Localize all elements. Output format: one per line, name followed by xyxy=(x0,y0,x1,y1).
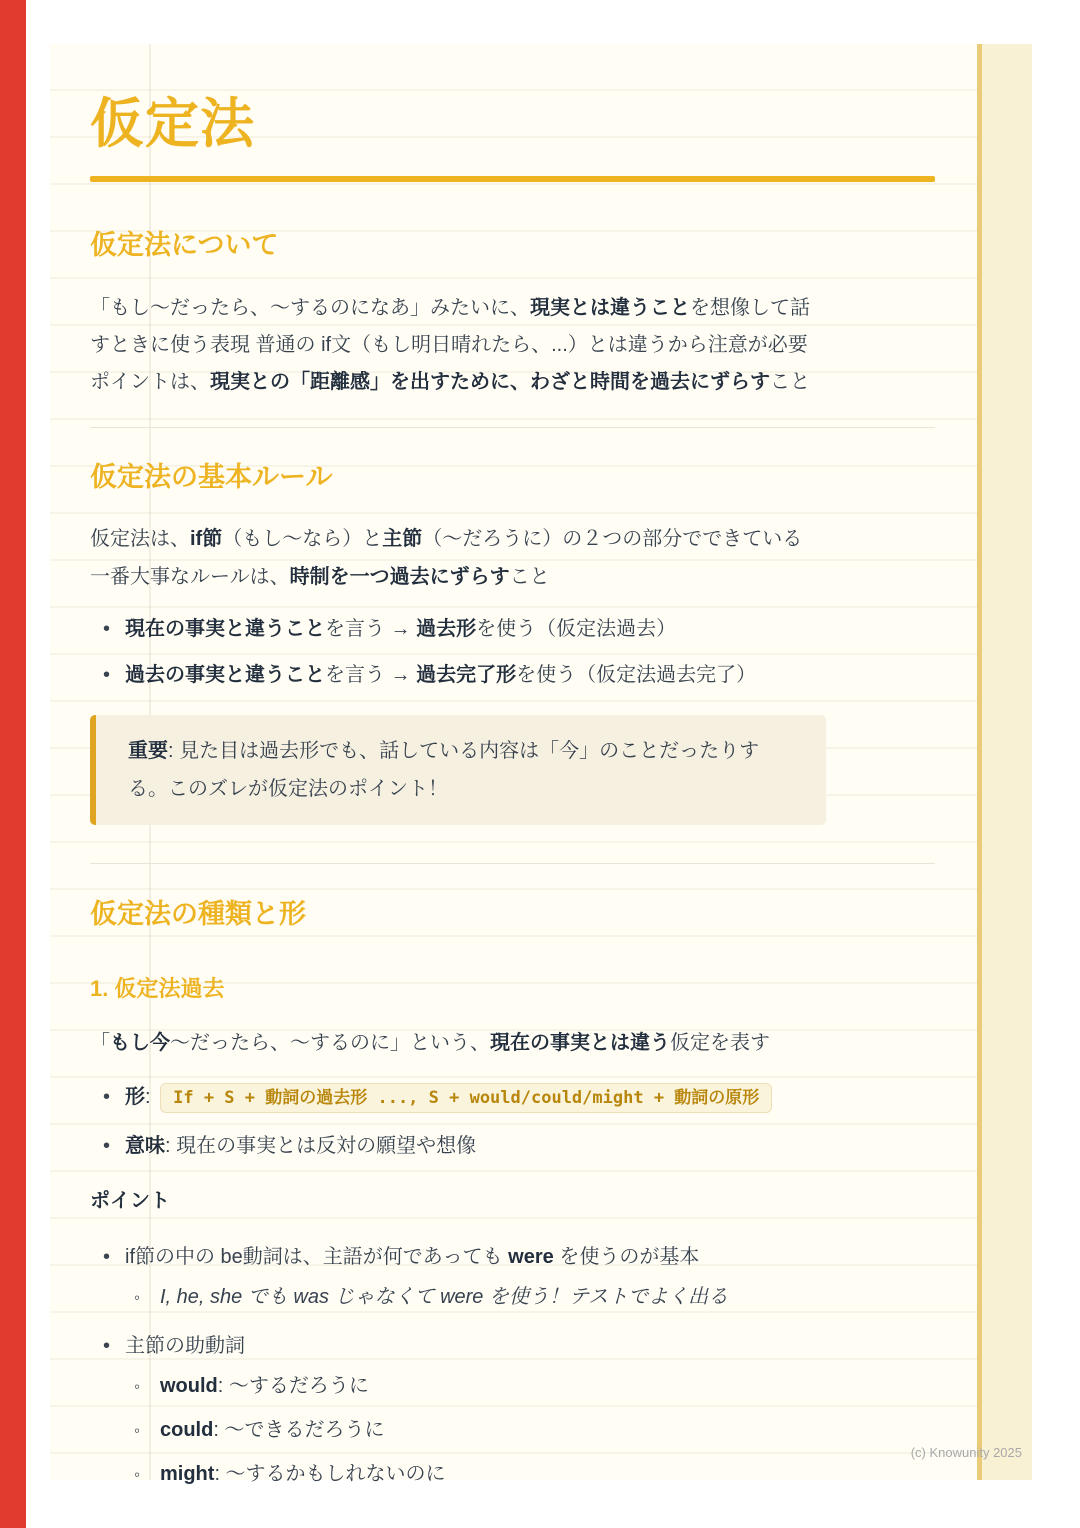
title-underline xyxy=(90,176,935,182)
bullet-dot-icon: • xyxy=(103,614,125,645)
important-callout: 重要: 見た目は過去形でも、話している内容は「今」のことだったりする。このズレが… xyxy=(90,715,826,825)
red-spine-bar xyxy=(0,0,26,1528)
basic-rules-list: • 現在の事実と違うことを言う → 過去形を使う（仮定法過去） • 過去の事実と… xyxy=(90,614,935,691)
section-divider xyxy=(90,863,935,864)
copyright-footer: (c) Knowunity 2025 xyxy=(911,1445,1022,1460)
list-item-text: 主節の助動詞 xyxy=(125,1331,935,1362)
note-page-canvas: 仮定法 仮定法について 「もし〜だったら、〜するのになあ」みたいに、現実とは違う… xyxy=(0,0,1080,1528)
list-item-text: if節の中の be動詞は、主語が何であっても were を使うのが基本 xyxy=(125,1242,935,1273)
points-list: • if節の中の be動詞は、主語が何であっても were を使うのが基本 ◦ … xyxy=(90,1242,935,1490)
page-title: 仮定法 xyxy=(90,92,935,156)
bullet-circle-icon: ◦ xyxy=(134,1459,160,1490)
sub-list-item: ◦ might: 〜するかもしれないのに xyxy=(90,1459,935,1490)
list-item: • 現在の事実と違うことを言う → 過去形を使う（仮定法過去） xyxy=(90,614,935,645)
notebook-right-rule-line xyxy=(977,44,982,1480)
past-intro-paragraph: 「もし今〜だったら、〜するのに」という、現在の事実とは違う仮定を表す xyxy=(90,1028,935,1059)
list-item: • 形: If + S + 動詞の過去形 ..., S + would/coul… xyxy=(90,1082,935,1114)
list-item-text: 現在の事実と違うことを言う → 過去形を使う（仮定法過去） xyxy=(125,614,935,645)
sub-list: ◦ would: 〜するだろうに ◦ could: 〜できるだろうに xyxy=(90,1371,935,1490)
about-paragraph: 「もし〜だったら、〜するのになあ」みたいに、現実とは違うことを想像して話すときに… xyxy=(90,290,935,401)
sub-list-item-text: would: 〜するだろうに xyxy=(160,1371,935,1402)
notebook-page: 仮定法 仮定法について 「もし〜だったら、〜するのになあ」みたいに、現実とは違う… xyxy=(50,44,1032,1480)
bullet-dot-icon: • xyxy=(103,1331,125,1362)
points-label: ポイント xyxy=(90,1187,935,1215)
basic-rules-paragraph: 仮定法は、if節（もし〜なら）と主節（〜だろうに）の２つの部分でできている一番大… xyxy=(90,520,935,596)
list-item: • 意味: 現在の事実とは反対の願望や想像 xyxy=(90,1131,935,1162)
section-heading-basic-rules: 仮定法の基本ルール xyxy=(90,460,935,494)
sub-list-item-text: I, he, she でも was じゃなくて were を使う！テストでよく出… xyxy=(160,1282,935,1313)
notebook-right-band xyxy=(982,44,1032,1480)
form-formula-text: 形: If + S + 動詞の過去形 ..., S + would/could/… xyxy=(125,1082,935,1114)
bullet-dot-icon: • xyxy=(103,1131,125,1162)
note-content: 仮定法 仮定法について 「もし〜だったら、〜するのになあ」みたいに、現実とは違う… xyxy=(90,44,935,1490)
bullet-dot-icon: • xyxy=(103,660,125,691)
bullet-dot-icon: • xyxy=(103,1242,125,1273)
list-item: • if節の中の be動詞は、主語が何であっても were を使うのが基本 ◦ … xyxy=(90,1242,935,1313)
bullet-circle-icon: ◦ xyxy=(134,1371,160,1402)
sub-list-item: ◦ I, he, she でも was じゃなくて were を使う！テストでよ… xyxy=(90,1282,935,1313)
sub-list: ◦ I, he, she でも was じゃなくて were を使う！テストでよ… xyxy=(90,1282,935,1313)
list-item: • 主節の助動詞 ◦ would: 〜するだろうに ◦ xyxy=(90,1331,935,1490)
callout-text: 重要: 見た目は過去形でも、話している内容は「今」のことだったりする。このズレが… xyxy=(128,732,796,808)
bullet-dot-icon: • xyxy=(103,1082,125,1113)
list-item-text: 過去の事実と違うことを言う → 過去完了形を使う（仮定法過去完了） xyxy=(125,660,935,691)
bullet-circle-icon: ◦ xyxy=(134,1282,160,1313)
section-heading-types: 仮定法の種類と形 xyxy=(90,897,935,931)
sub-list-item-text: might: 〜するかもしれないのに xyxy=(160,1459,935,1490)
form-meaning-list: • 形: If + S + 動詞の過去形 ..., S + would/coul… xyxy=(90,1082,935,1162)
sub-list-item: ◦ could: 〜できるだろうに xyxy=(90,1415,935,1446)
sub-list-item-text: could: 〜できるだろうに xyxy=(160,1415,935,1446)
subsection-heading-past: 1. 仮定法過去 xyxy=(90,975,935,1002)
section-heading-about: 仮定法について xyxy=(90,228,935,262)
list-item: • 過去の事実と違うことを言う → 過去完了形を使う（仮定法過去完了） xyxy=(90,660,935,691)
bullet-circle-icon: ◦ xyxy=(134,1415,160,1446)
meaning-text: 意味: 現在の事実とは反対の願望や想像 xyxy=(125,1131,935,1162)
section-divider xyxy=(90,427,935,428)
sub-list-item: ◦ would: 〜するだろうに xyxy=(90,1371,935,1402)
